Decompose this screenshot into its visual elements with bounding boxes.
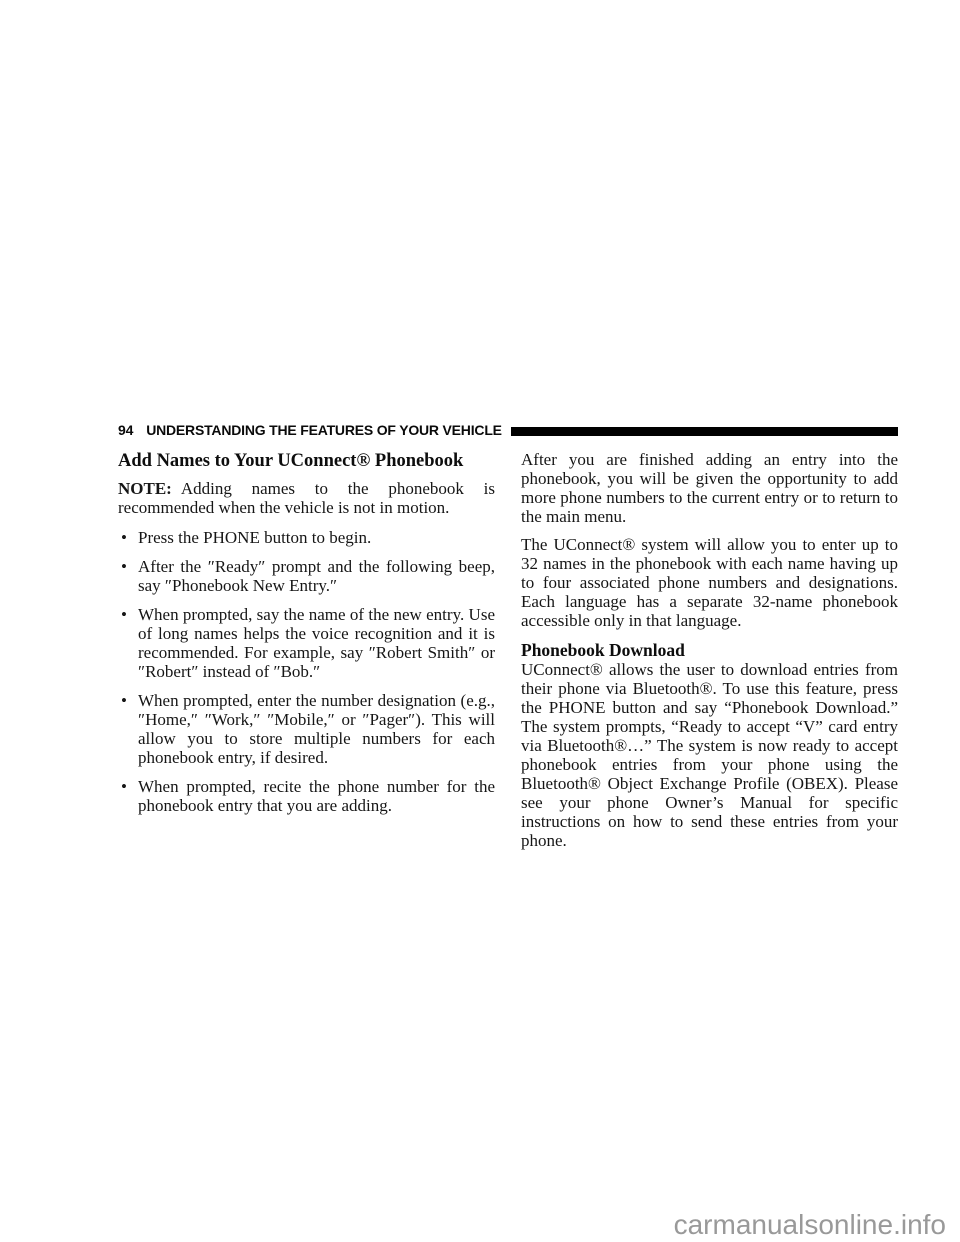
- right-column: After you are finished adding an entry i…: [521, 450, 898, 859]
- list-item: Press the PHONE button to begin.: [118, 528, 495, 547]
- page-number: 94: [118, 422, 133, 438]
- list-item: After the ″Ready″ prompt and the followi…: [118, 557, 495, 595]
- watermark: carmanualsonline.info: [674, 1210, 946, 1240]
- page-header: 94 UNDERSTANDING THE FEATURES OF YOUR VE…: [118, 422, 898, 438]
- note-paragraph: NOTE:Adding names to the phonebook is re…: [118, 479, 495, 517]
- paragraph: After you are finished adding an entry i…: [521, 450, 898, 526]
- list-item: When prompted, say the name of the new e…: [118, 605, 495, 681]
- paragraph: UConnect® allows the user to download en…: [521, 660, 898, 850]
- content-columns: Add Names to Your UConnect® Phonebook NO…: [118, 450, 898, 859]
- header-bar: [511, 427, 898, 436]
- section-heading: Add Names to Your UConnect® Phonebook: [118, 450, 495, 472]
- list-item: When prompted, recite the phone number f…: [118, 777, 495, 815]
- left-column: Add Names to Your UConnect® Phonebook NO…: [118, 450, 495, 859]
- note-text: Adding names to the phonebook is recomme…: [118, 479, 495, 517]
- subsection-heading: Phonebook Download: [521, 640, 898, 660]
- list-item: When prompted, enter the number designat…: [118, 691, 495, 767]
- note-label: NOTE:: [118, 479, 172, 498]
- paragraph: The UConnect® system will allow you to e…: [521, 535, 898, 630]
- header-title: UNDERSTANDING THE FEATURES OF YOUR VEHIC…: [146, 422, 502, 438]
- manual-page: 94 UNDERSTANDING THE FEATURES OF YOUR VE…: [0, 0, 960, 1242]
- bullet-list: Press the PHONE button to begin. After t…: [118, 528, 495, 815]
